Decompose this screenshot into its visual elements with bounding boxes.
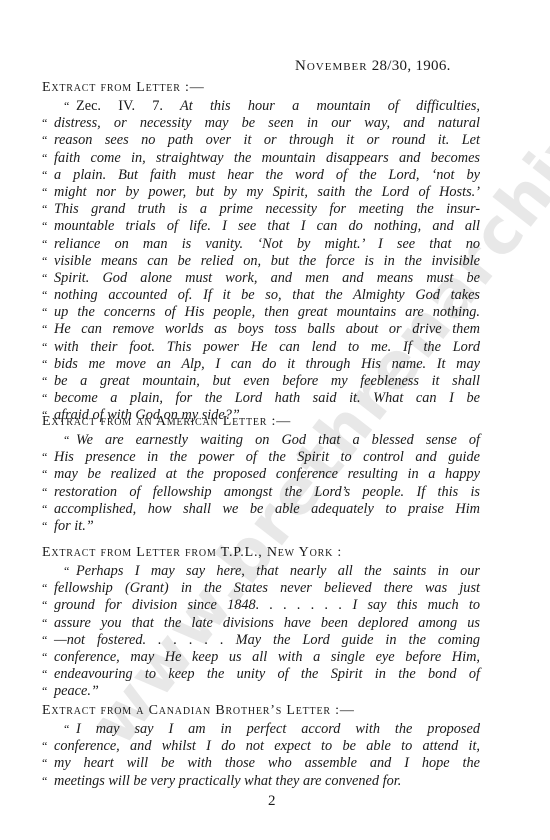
- quote-mark: “: [42, 339, 47, 356]
- extract-section: Extract from an American Letter :—“We ar…: [42, 414, 480, 535]
- scripture-reference: Zec. IV. 7.: [76, 98, 163, 114]
- quote-mark: “: [42, 683, 47, 700]
- page-number: 2: [268, 793, 276, 810]
- quote-mark: “: [42, 321, 47, 338]
- text-line: “endeavouring to keep the unity of the S…: [42, 666, 480, 683]
- line-text: endeavouring to keep the unity of the Sp…: [54, 666, 480, 682]
- text-line: “peace.”: [42, 683, 480, 700]
- text-line: “nothing accounted of. If it be so, that…: [42, 287, 480, 304]
- quote-mark: “: [42, 150, 47, 167]
- line-text: peace.”: [54, 683, 99, 699]
- line-text: Spirit. God alone must work, and men and…: [54, 270, 480, 286]
- quote-mark: “: [64, 721, 69, 738]
- text-line: “mountable trials of life. I see that I …: [42, 218, 480, 235]
- line-text: conference, may He keep us all with a si…: [54, 649, 480, 665]
- text-line: “faith come in, straightway the mountain…: [42, 150, 480, 167]
- text-line: “His presence in the power of the Spirit…: [42, 449, 480, 466]
- text-line: “Zec. IV. 7. At this hour a mountain of …: [42, 98, 480, 115]
- quote-mark: “: [42, 466, 47, 483]
- line-text: with their foot. This power He can lend …: [54, 339, 480, 355]
- text-line: “He can remove worlds as boys toss balls…: [42, 321, 480, 338]
- extract-section: Extract from Letter :—“Zec. IV. 7. At th…: [42, 80, 480, 425]
- text-line: “might nor by power, but by my Spirit, s…: [42, 184, 480, 201]
- section-heading: Extract from a Canadian Brother’s Letter…: [42, 703, 480, 719]
- quote-mark: “: [42, 304, 47, 321]
- line-text: bids me move an Alp, I can do it through…: [54, 356, 480, 372]
- line-text: We are earnestly waiting on God that a b…: [76, 432, 480, 448]
- line-text: accomplished, how shall we be able adequ…: [54, 501, 480, 517]
- quote-mark: “: [42, 270, 47, 287]
- text-line: “We are earnestly waiting on God that a …: [42, 432, 480, 449]
- text-line: “for it.”: [42, 518, 480, 535]
- line-text: might nor by power, but by my Spirit, sa…: [54, 184, 480, 200]
- text-line: “my heart will be with those who assembl…: [42, 755, 480, 772]
- text-line: “up the concerns of His people, then gre…: [42, 304, 480, 321]
- text-line: “—not fostered. . . . . . May the Lord g…: [42, 632, 480, 649]
- text-line: “a plain. But faith must hear the word o…: [42, 167, 480, 184]
- line-text: Perhaps I may say here, that nearly all …: [76, 563, 480, 579]
- quote-mark: “: [42, 501, 47, 518]
- text-line: “bids me move an Alp, I can do it throug…: [42, 356, 480, 373]
- text-line: “Perhaps I may say here, that nearly all…: [42, 563, 480, 580]
- quote-mark: “: [42, 115, 47, 132]
- extract-section: Extract from a Canadian Brother’s Letter…: [42, 703, 480, 790]
- quote-mark: “: [42, 253, 47, 270]
- quote-mark: “: [42, 518, 47, 535]
- line-text: be a great mountain, but even before my …: [54, 373, 480, 389]
- date-rest: 28/30, 1906.: [372, 58, 451, 74]
- line-text: meetings will be very practically what t…: [54, 773, 401, 789]
- text-line: “conference, and whilst I do not expect …: [42, 738, 480, 755]
- text-line: “accomplished, how shall we be able adeq…: [42, 501, 480, 518]
- date-month: November: [295, 58, 368, 74]
- text-line: “reason sees no path over it or through …: [42, 132, 480, 149]
- text-line: “become a plain, for the Lord hath said …: [42, 390, 480, 407]
- quote-mark: “: [42, 287, 47, 304]
- line-text: —not fostered. . . . . . May the Lord gu…: [54, 632, 480, 648]
- section-heading: Extract from Letter :—: [42, 80, 480, 96]
- quote-mark: “: [42, 580, 47, 597]
- quoted-extract: “I may say I am in perfect accord with t…: [42, 721, 480, 790]
- line-text: a plain. But faith must hear the word of…: [54, 167, 480, 183]
- quote-mark: “: [64, 432, 69, 449]
- quote-mark: “: [42, 184, 47, 201]
- quote-mark: “: [42, 356, 47, 373]
- line-text: This grand truth is a prime necessity fo…: [54, 201, 480, 217]
- text-line: “assure you that the late divisions have…: [42, 615, 480, 632]
- quoted-extract: “Zec. IV. 7. At this hour a mountain of …: [42, 98, 480, 425]
- line-text: conference, and whilst I do not expect t…: [54, 738, 480, 754]
- text-line: “fellowship (Grant) in the States never …: [42, 580, 480, 597]
- line-text: up the concerns of His people, then grea…: [54, 304, 480, 320]
- line-text: my heart will be with those who assemble…: [54, 755, 480, 771]
- line-text: At this hour a mountain of difficulties,: [180, 98, 480, 114]
- text-line: “restoration of fellowship amongst the L…: [42, 484, 480, 501]
- line-text: become a plain, for the Lord hath said i…: [54, 390, 480, 406]
- text-line: “visible means can be relied on, but the…: [42, 253, 480, 270]
- extract-section: Extract from Letter from T.P.L., New Yor…: [42, 545, 480, 701]
- section-heading: Extract from Letter from T.P.L., New Yor…: [42, 545, 480, 561]
- text-line: “ground for division since 1848. . . . .…: [42, 597, 480, 614]
- quote-mark: “: [42, 666, 47, 683]
- line-text: fellowship (Grant) in the States never b…: [54, 580, 480, 596]
- quote-mark: “: [64, 563, 69, 580]
- text-line: “This grand truth is a prime necessity f…: [42, 201, 480, 218]
- line-text: I may say I am in perfect accord with th…: [76, 721, 480, 737]
- quote-mark: “: [42, 236, 47, 253]
- line-text: reason sees no path over it or through i…: [54, 132, 480, 148]
- quote-mark: “: [42, 201, 47, 218]
- quote-mark: “: [42, 615, 47, 632]
- line-text: visible means can be relied on, but the …: [54, 253, 480, 269]
- line-text: distress, or necessity may be seen in ou…: [54, 115, 480, 131]
- line-text: reliance on man is vanity. ‘Not by might…: [54, 236, 480, 252]
- line-text: His presence in the power of the Spirit …: [54, 449, 480, 465]
- line-text: assure you that the late divisions have …: [54, 615, 480, 631]
- text-line: “meetings will be very practically what …: [42, 773, 480, 790]
- text-line: “may be realized at the proposed confere…: [42, 466, 480, 483]
- line-text: He can remove worlds as boys toss balls …: [54, 321, 480, 337]
- quote-mark: “: [42, 390, 47, 407]
- line-text: faith come in, straightway the mountain …: [54, 150, 480, 166]
- quote-mark: “: [42, 132, 47, 149]
- line-text: ground for division since 1848. . . . . …: [54, 597, 480, 613]
- quote-mark: “: [64, 98, 69, 115]
- line-text: may be realized at the proposed conferen…: [54, 466, 480, 482]
- line-text: restoration of fellowship amongst the Lo…: [54, 484, 480, 500]
- section-heading: Extract from an American Letter :—: [42, 414, 480, 430]
- quoted-extract: “Perhaps I may say here, that nearly all…: [42, 563, 480, 701]
- quoted-extract: “We are earnestly waiting on God that a …: [42, 432, 480, 535]
- text-line: “be a great mountain, but even before my…: [42, 373, 480, 390]
- quote-mark: “: [42, 597, 47, 614]
- line-text: for it.”: [54, 518, 94, 534]
- text-line: “conference, may He keep us all with a s…: [42, 649, 480, 666]
- quote-mark: “: [42, 373, 47, 390]
- text-line: “with their foot. This power He can lend…: [42, 339, 480, 356]
- document-page: www.brethrenarchive.org November 28/30, …: [0, 0, 550, 840]
- quote-mark: “: [42, 755, 47, 772]
- quote-mark: “: [42, 167, 47, 184]
- quote-mark: “: [42, 484, 47, 501]
- line-text: mountable trials of life. I see that I c…: [54, 218, 480, 234]
- quote-mark: “: [42, 218, 47, 235]
- text-line: “Spirit. God alone must work, and men an…: [42, 270, 480, 287]
- quote-mark: “: [42, 738, 47, 755]
- line-text: nothing accounted of. If it be so, that …: [54, 287, 480, 303]
- letter-date: November 28/30, 1906.: [295, 58, 451, 75]
- text-line: “I may say I am in perfect accord with t…: [42, 721, 480, 738]
- quote-mark: “: [42, 773, 47, 790]
- quote-mark: “: [42, 449, 47, 466]
- quote-mark: “: [42, 632, 47, 649]
- text-line: “reliance on man is vanity. ‘Not by migh…: [42, 236, 480, 253]
- quote-mark: “: [42, 649, 47, 666]
- text-line: “distress, or necessity may be seen in o…: [42, 115, 480, 132]
